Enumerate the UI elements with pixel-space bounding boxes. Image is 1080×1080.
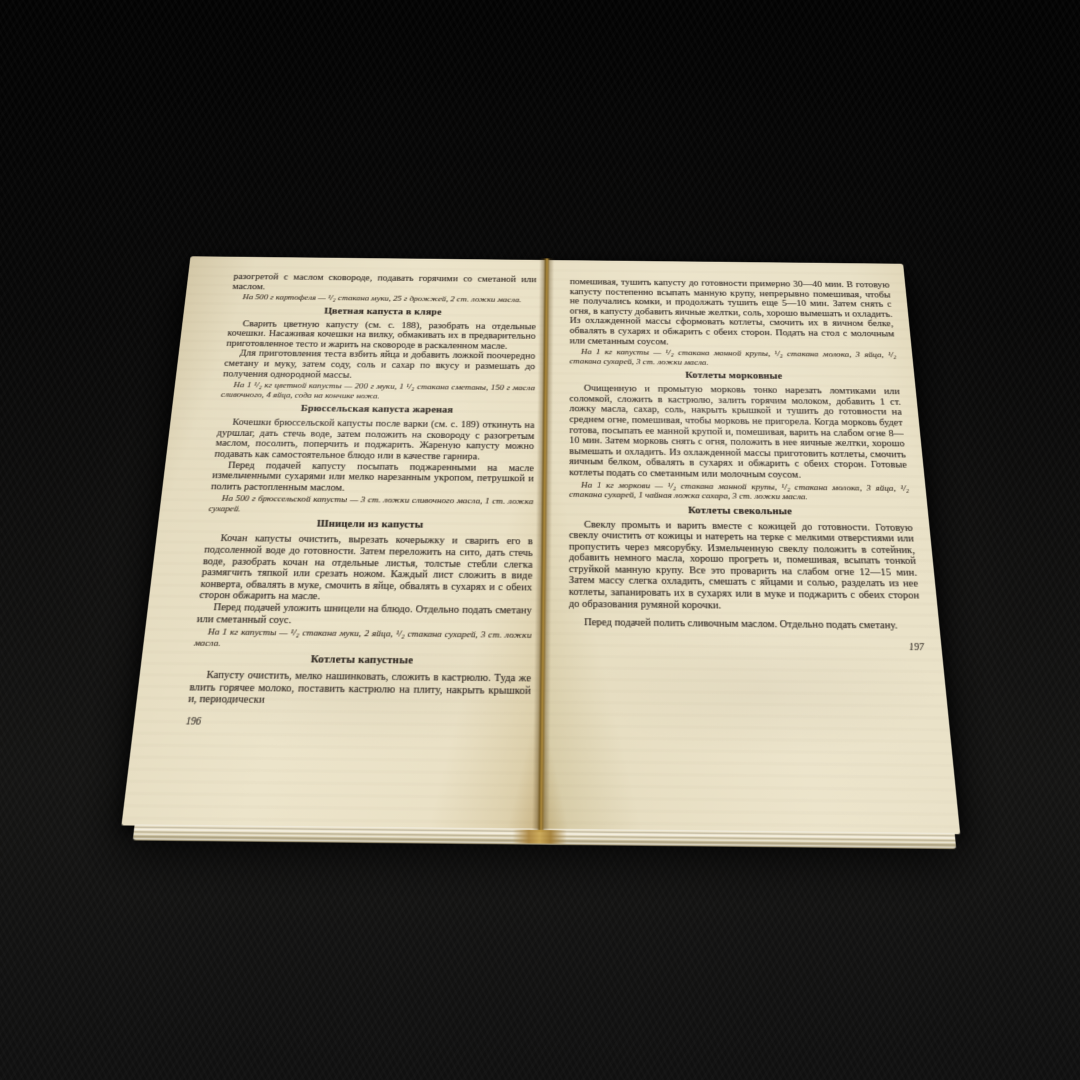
page-number-right: 197 xyxy=(569,638,925,653)
photo-scene: разогретой с маслом сковороде, подавать … xyxy=(0,0,1080,1080)
recipe-heading: Брюссельская капуста жареная xyxy=(219,403,535,417)
paragraph: Перед подачей капусту посыпать поджаренн… xyxy=(210,460,533,496)
paragraph-continuation: разогретой с маслом сковороде, подавать … xyxy=(232,272,536,294)
recipe-heading: Котлеты капустные xyxy=(192,653,531,669)
paragraph: Кочан капусты очистить, вырезать кочерыж… xyxy=(199,534,533,606)
recipe-note: На 1 кг капусты — ¹/₂ стакана манной кру… xyxy=(570,347,898,369)
paragraph: Перед подачей полить сливочным маслом. О… xyxy=(569,617,923,632)
recipe-note: На 1 ¹/₂ кг цветной капусты — 200 г муки… xyxy=(220,380,534,402)
recipe-note: На 1 кг моркови — ¹/₂ стакана манной кру… xyxy=(569,479,910,502)
open-book: разогретой с маслом сковороде, подавать … xyxy=(155,222,933,834)
paragraph-continuation: помешивая, тушить капусту до готовности … xyxy=(570,278,896,350)
paragraph: Сварить цветную капусту (см. с. 188), ра… xyxy=(226,319,536,352)
recipe-note: На 500 г картофеля — ¹/₂ стакана муки, 2… xyxy=(231,292,536,304)
paragraph: Перед подачей уложить шницели на блюдо. … xyxy=(196,602,532,629)
paragraph: Свеклу промыть и варить вместе с кожицей… xyxy=(569,519,921,614)
recipe-heading: Котлеты морковные xyxy=(569,370,898,384)
right-page-text-column: помешивая, тушить капусту до готовности … xyxy=(569,278,925,654)
gilt-binding-edge xyxy=(512,830,567,844)
paragraph: Для приготовления теста взбить яйца и до… xyxy=(223,349,536,383)
recipe-heading: Котлеты свекольные xyxy=(569,504,912,519)
left-page-text-column: разогретой с маслом сковороде, подавать … xyxy=(185,272,536,731)
recipe-note: На 500 г брюссельской капусты — 3 ст. ло… xyxy=(208,493,533,516)
recipe-note: На 1 кг капусты — ¹/₂ стакана муки, 2 яй… xyxy=(194,626,532,651)
recipe-heading: Цветная капуста в кляре xyxy=(229,306,536,319)
paragraph: Капусту очистить, мелко нашинковать, сло… xyxy=(188,670,531,710)
paragraph: Кочешки брюссельской капусты после варки… xyxy=(214,418,535,464)
page-number-left: 196 xyxy=(185,716,530,731)
recipe-heading: Шницели из капусты xyxy=(206,518,533,533)
book-perspective-wrapper: разогретой с маслом сковороде, подавать … xyxy=(120,256,962,849)
book-page-right: помешивая, тушить капусту до готовности … xyxy=(541,260,960,834)
paragraph: Очищенную и промытую морковь тонко нарез… xyxy=(569,384,908,482)
book-page-left: разогретой с маслом сковороде, подавать … xyxy=(121,256,546,830)
